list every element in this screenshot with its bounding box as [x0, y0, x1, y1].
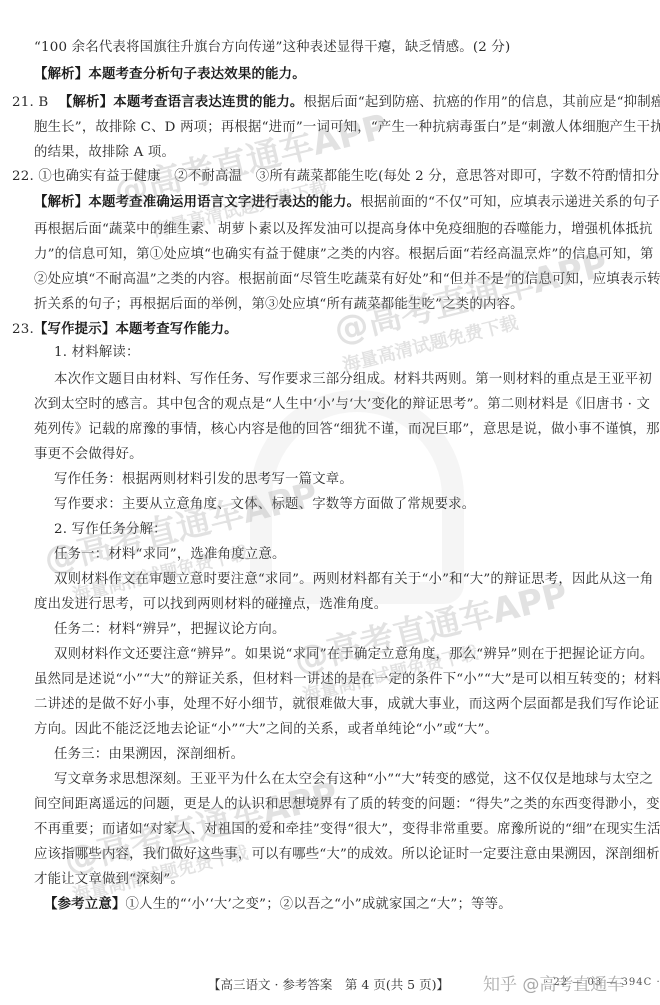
writing-tip-heading: 【写作提示】本题考查写作能力。 [34, 322, 238, 337]
section-heading: 1. 材料解读： [54, 343, 638, 363]
reference-idea-label: 【参考立意】 [44, 897, 126, 912]
body-text-line: 度出发进行思考，可以找到两则材料的碰撞点，选准角度。 [34, 595, 638, 615]
document-page: “100 余名代表将国旗往升旗台方向传递”这种表述显得干瘪，缺乏情感。(2 分)… [0, 0, 660, 1005]
analysis-text: 根据后面“起到防癌、抗癌的作用”的信息，其前应是“抑制癌细 [304, 95, 660, 110]
body-text-line: 的结果，故排除 A 项。 [34, 143, 638, 163]
question-21-line: 21. B 【解析】本题考查语言表达连贯的能力。根据后面“起到防癌、抗癌的作用”… [12, 93, 638, 113]
body-text-line: 二讲述的是做不好小事，处理不好小细节，就很难做大事，成就大事业，而这两个层面都是… [34, 695, 638, 715]
writing-requirement-line: 写作要求：主要从立意角度、文体、标题、字数等方面做了常规要求。 [54, 495, 638, 515]
writing-task-line: 写作任务：根据两则材料引发的思考写一篇文章。 [54, 470, 638, 490]
body-text-line: 不再重要；而诸如“对家人、对祖国的爱和牵挂”变得“很大”，变得非常重要。席豫所说… [34, 820, 638, 840]
task-heading: 任务一：材料“求同”，选准角度立意。 [54, 545, 638, 565]
body-text-line: 双则材料作文在审题立意时要注意“求同”。两则材料都有关于“小”和“大”的辩证思考… [54, 570, 638, 590]
question-22-answer: 22. ①也确实有益于健康 ②不耐高温 ③所有蔬菜都能生吃(每处 2 分，意思答… [12, 167, 638, 187]
analysis-label: 【解析】本题考查语言表达连贯的能力。 [59, 95, 304, 110]
analysis-label: 【解析】本题考查准确运用语言文字进行表达的能力。 [34, 195, 360, 210]
page-footer: 【高三语文 · 参考答案 第 4 页(共 5 页)】 [208, 975, 449, 993]
body-text-line: 次到太空时的感言。其中包含的观点是“人生中‘小’与‘大’变化的辩证思考”。第二则… [34, 395, 638, 415]
body-text-line: 才能让文章做到“深刻”。 [34, 870, 638, 890]
body-text-line: 写文章务求思想深刻。王亚平为什么在太空会有这种“小”“大”转变的感觉，这不仅仅是… [54, 770, 638, 790]
answer-text-line: “100 余名代表将国旗往升旗台方向传递”这种表述显得干瘪，缺乏情感。(2 分) [34, 38, 638, 58]
question-21-answer: 21. B [12, 95, 48, 110]
body-text-line: 再根据后面“蔬菜中的维生素、胡萝卜素以及挥发油可以提高身体中免疫细胞的吞噬能力，… [34, 220, 638, 240]
zhihu-watermark: 知乎 @高考直通车 [483, 970, 624, 995]
section-heading: 2. 写作任务分解： [54, 520, 638, 540]
body-text-line: 双则材料作文还要注意“辨异”。如果说“求同”在于确定立意角度，那么“辨异”则在于… [54, 645, 638, 665]
analysis-heading: 【解析】本题考查分析句子表达效果的能力。 [34, 65, 638, 85]
body-text-line: 折关系的句子；再根据后面的举例，第③处应填“所有蔬菜都能生吃”之类的内容。 [34, 295, 638, 315]
question-22-analysis-line: 【解析】本题考查准确运用语言文字进行表达的能力。根据前面的“不仅”可知，应填表示… [34, 193, 638, 213]
body-text-line: ②处应填“不耐高温”之类的内容。根据前面“尽管生吃蔬菜有好处”和“但并不是”的信… [34, 270, 638, 290]
reference-idea-text: ①人生的“‘小’‘大’之变”；②以吾之“小”成就家国之“大”；等等。 [126, 897, 512, 912]
body-text-line: 方向。因此不能泛泛地去论证“小”“大”之间的关系，或者单纯论“小”或“大”。 [34, 720, 638, 740]
body-text-line: 胞生长”，故排除 C、D 两项；再根据“进而”一词可知，“产生一种抗病毒蛋白”是… [34, 118, 638, 138]
body-text-line: 本次作文题目由材料、写作任务、写作要求三部分组成。材料共两则。第一则材料的重点是… [54, 370, 638, 390]
reference-idea-line: 【参考立意】①人生的“‘小’‘大’之变”；②以吾之“小”成就家国之“大”；等等。 [44, 895, 638, 915]
task-heading: 任务二：材料“辨异”，把握议论方向。 [54, 620, 638, 640]
body-text-line: 事更不会做得好。 [34, 445, 638, 465]
body-text-line: 力”的信息可知，第①处应填“也确实有益于健康”之类的内容。根据后面“若经高温烹炸… [34, 245, 638, 265]
body-text-line: 虽然同是述说“小”“大”的辩证关系，但材料一讲述的是在一定的条件下“小”“大”是… [34, 670, 638, 690]
analysis-text: 根据前面的“不仅”可知，应填表示递进关系的句子； [360, 195, 660, 210]
body-text-line: 应该指哪些内容，我们做好这些事，可以有哪些“大”的成效。所以论证时一定要注意由果… [34, 845, 638, 865]
question-23-number: 23. [12, 322, 34, 337]
task-heading: 任务三：由果溯因，深剖细析。 [54, 745, 638, 765]
body-text-line: 苑列传》记载的席豫的事情，核心内容是他的回答“细犹不谨，而况巨耶”，意思是说，做… [34, 420, 638, 440]
body-text-line: 间空间距离遥远的问题，更是人的认识和思想境界有了质的转变的问题：“得失”之类的东… [34, 795, 638, 815]
question-23-line: 23.【写作提示】本题考查写作能力。 [12, 320, 638, 340]
